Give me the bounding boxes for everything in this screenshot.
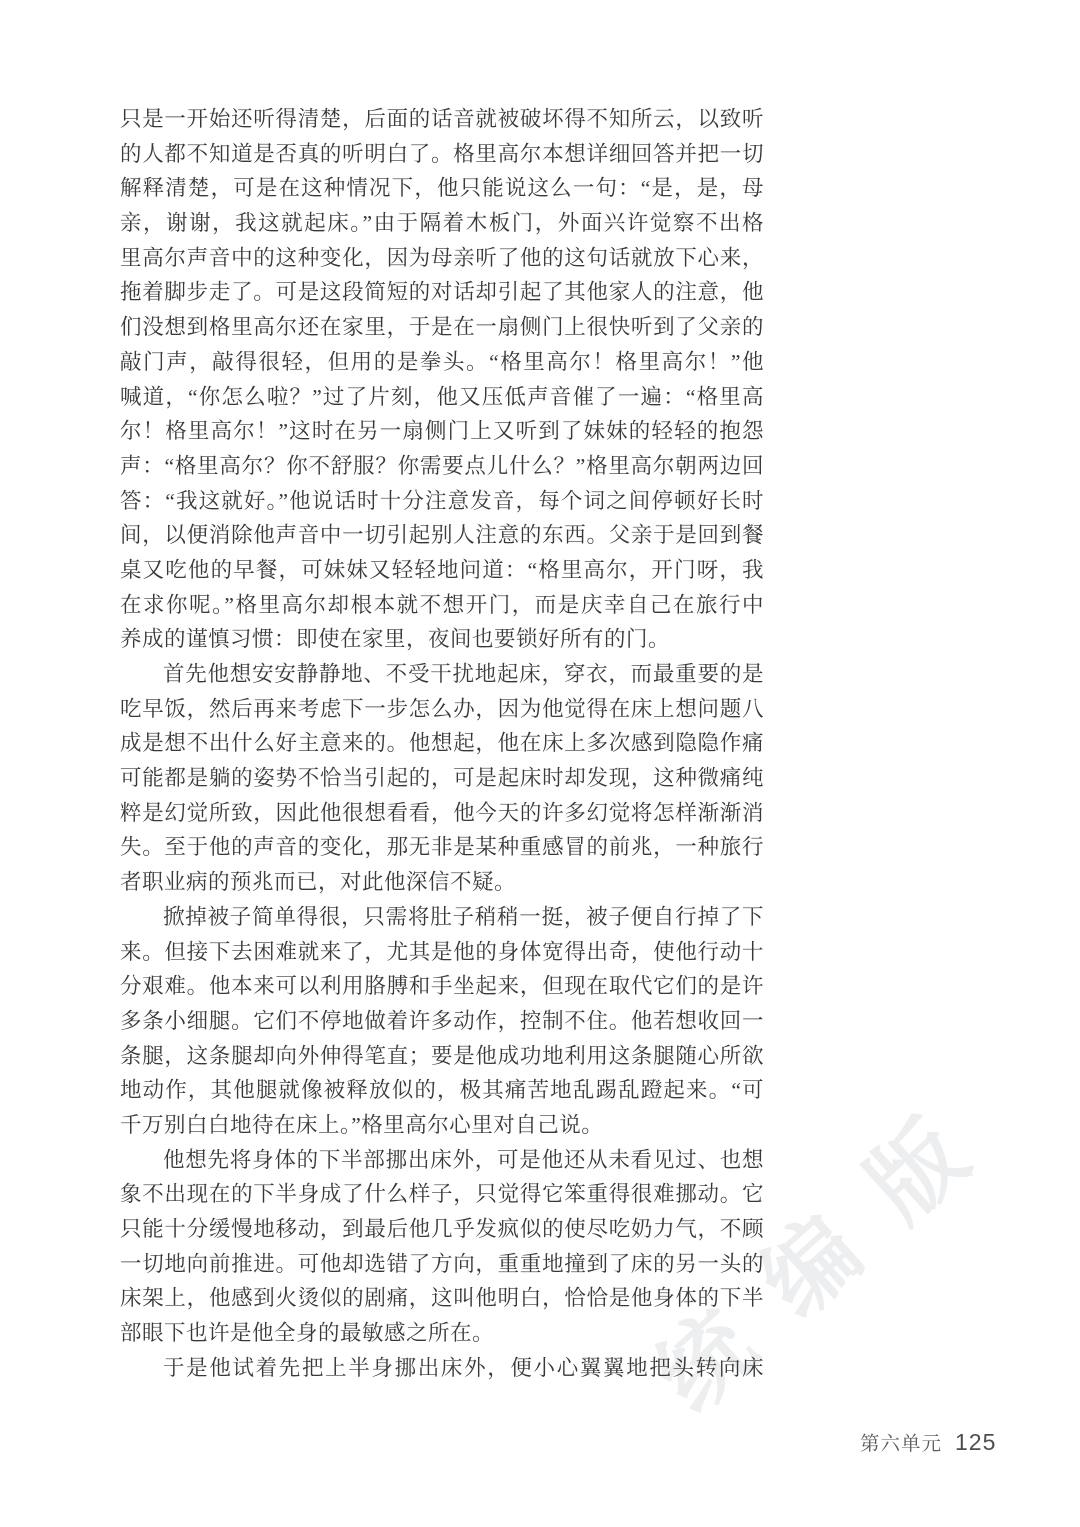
text-line: 只是一开始还听得清楚，后面的话音就被破坏得不知所云，以致听 (120, 102, 764, 137)
text-line: 只能十分缓慢地移动，到最后他几乎发疯似的使尽吃奶力气，不顾 (120, 1212, 764, 1247)
text-line: 千万别白白地待在床上。”格里高尔心里对自己说。 (120, 1108, 764, 1143)
text-line: 养成的谨慎习惯：即使在家里，夜间也要锁好所有的门。 (120, 622, 764, 657)
text-line: 粹是幻觉所致，因此他很想看看，他今天的许多幻觉将怎样渐渐消 (120, 796, 764, 831)
text-line: 条腿，这条腿却向外伸得笔直；要是他成功地利用这条腿随心所欲 (120, 1039, 764, 1074)
text-line: 在求你呢。”格里高尔却根本就不想开门，而是庆幸自己在旅行中 (120, 588, 764, 623)
text-line: 答：“我这就好。”他说话时十分注意发音，每个词之间停顿好长时 (120, 484, 764, 519)
text-line: 声：“格里高尔？你不舒服？你需要点儿什么？”格里高尔朝两边回 (120, 449, 764, 484)
text-line: 亲，谢谢，我这就起床。”由于隔着木板门，外面兴许觉察不出格 (120, 206, 764, 241)
text-line: 象不出现在的下半身成了什么样子，只觉得它笨重得很难挪动。它 (120, 1177, 764, 1212)
text-line: 拖着脚步走了。可是这段简短的对话却引起了其他家人的注意，他 (120, 275, 764, 310)
text-line: 失。至于他的声音的变化，那无非是某种重感冒的前兆，一种旅行 (120, 830, 764, 865)
text-line: 他想先将身体的下半部挪出床外，可是他还从未看见过、也想 (120, 1143, 764, 1178)
text-line: 地动作，其他腿就像被释放似的，极其痛苦地乱踢乱蹬起来。“可 (120, 1073, 764, 1108)
text-line: 一切地向前推进。可他却选错了方向，重重地撞到了床的另一头的 (120, 1247, 764, 1282)
text-line: 的人都不知道是否真的听明白了。格里高尔本想详细回答并把一切 (120, 137, 764, 172)
unit-label: 第六单元 (860, 1428, 942, 1456)
text-line: 部眼下也许是他全身的最敏感之所在。 (120, 1316, 764, 1351)
body-text-block: 只是一开始还听得清楚，后面的话音就被破坏得不知所云，以致听的人都不知道是否真的听… (120, 102, 764, 1385)
text-line: 者职业病的预兆而已，对此他深信不疑。 (120, 865, 764, 900)
text-line: 们没想到格里高尔还在家里，于是在一扇侧门上很快听到了父亲的 (120, 310, 764, 345)
text-line: 可能都是躺的姿势不恰当引起的，可是起床时却发现，这种微痛纯 (120, 761, 764, 796)
text-line: 分艰难。他本来可以利用胳膊和手坐起来，但现在取代它们的是许 (120, 969, 764, 1004)
text-line: 桌又吃他的早餐，可妹妹又轻轻地问道：“格里高尔，开门呀，我 (120, 553, 764, 588)
text-line: 吃早饭，然后再来考虑下一步怎么办，因为他觉得在床上想问题八 (120, 692, 764, 727)
textbook-page: 统编版 只是一开始还听得清楚，后面的话音就被破坏得不知所云，以致听的人都不知道是… (0, 0, 1080, 1527)
text-line: 来。但接下去困难就来了，尤其是他的身体宽得出奇，使他行动十 (120, 935, 764, 970)
text-line: 喊道，“你怎么啦？”过了片刻，他又压低声音催了一遍：“格里高 (120, 380, 764, 415)
text-line: 多条小细腿。它们不停地做着许多动作，控制不住。他若想收回一 (120, 1004, 764, 1039)
page-number: 125 (955, 1429, 996, 1456)
text-line: 床架上，他感到火烫似的剧痛，这叫他明白，恰恰是他身体的下半 (120, 1281, 764, 1316)
text-line: 成是想不出什么好主意来的。他想起，他在床上多次感到隐隐作痛 (120, 726, 764, 761)
text-line: 尔！格里高尔！”这时在另一扇侧门上又听到了妹妹的轻轻的抱怨 (120, 414, 764, 449)
text-line: 首先他想安安静静地、不受干扰地起床，穿衣，而最重要的是 (120, 657, 764, 692)
text-line: 里高尔声音中的这种变化，因为母亲听了他的这句话就放下心来， (120, 241, 764, 276)
text-line: 敲门声，敲得很轻，但用的是拳头。“格里高尔！格里高尔！”他 (120, 345, 764, 380)
page-footer: 第六单元 125 (860, 1428, 996, 1456)
text-line: 解释清楚，可是在这种情况下，他只能说这么一句：“是，是，母 (120, 171, 764, 206)
text-line: 掀掉被子简单得很，只需将肚子稍稍一挺，被子便自行掉了下 (120, 900, 764, 935)
text-line: 间，以便消除他声音中一切引起别人注意的东西。父亲于是回到餐 (120, 518, 764, 553)
text-line: 于是他试着先把上半身挪出床外，便小心翼翼地把头转向床 (120, 1351, 764, 1386)
